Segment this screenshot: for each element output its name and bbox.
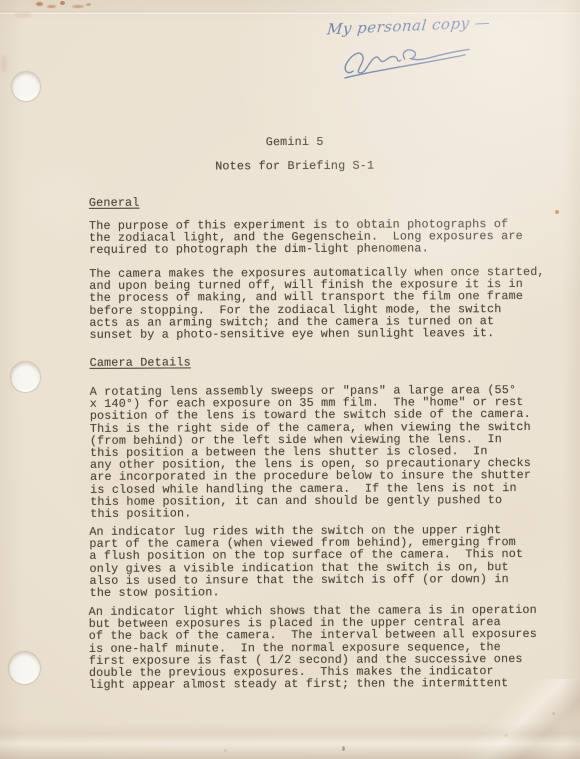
- paragraph: The camera makes the exposures automatic…: [89, 266, 545, 341]
- scanned-document-page: My personal copy — Gemini 5 Notes for Br…: [0, 0, 580, 759]
- paragraph: An indicator lug rides with the switch o…: [89, 524, 523, 599]
- section-heading-camera-details: Camera Details: [90, 356, 191, 369]
- document-subtitle: Notes for Briefing S-1: [9, 159, 580, 174]
- paragraph: A rotating lens assembly sweeps or "pans…: [90, 384, 532, 520]
- section-heading-general: General: [89, 197, 140, 209]
- typed-text-block: Gemini 5 Notes for Briefing S-1 General …: [0, 0, 580, 759]
- document-title: Gemini 5: [9, 135, 580, 150]
- paragraph: The purpose of this experiment is to obt…: [89, 218, 523, 257]
- paper-bottom-shadow: [0, 723, 580, 759]
